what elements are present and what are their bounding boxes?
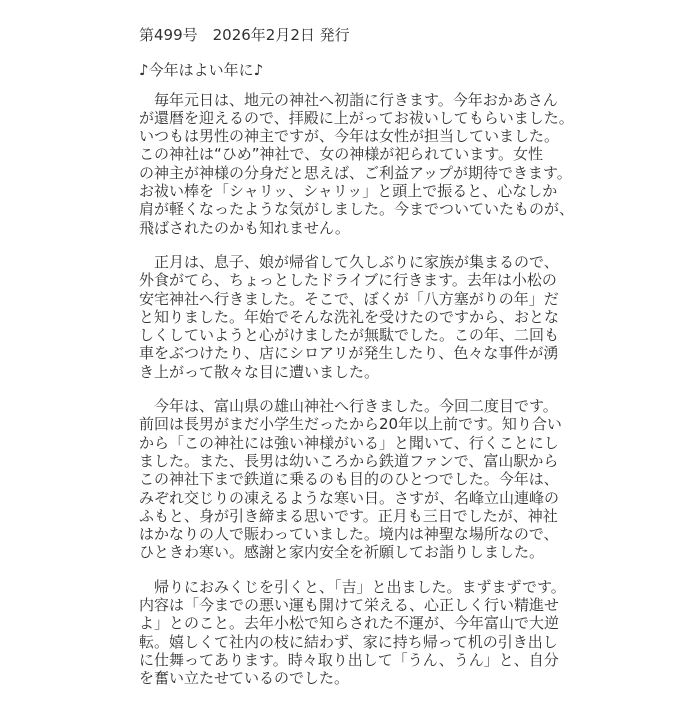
article-title: ♪今年はよい年に♪	[139, 61, 580, 79]
newsletter-page: 第499号 2026年2月2日 発行 ♪今年はよい年に♪ 毎年元日は、地元の神社…	[0, 0, 700, 720]
paragraph-shogatsu-drive: 正月は、息子、娘が帰省して久しぶりに家族が集まるので、 外食がてら、ちょっとした…	[139, 253, 580, 381]
issue-header: 第499号 2026年2月2日 発行	[139, 26, 580, 44]
paragraph-oyama-jinja: 今年は、富山県の雄山神社へ行きました。今回二度目です。 前回は長男がまだ小学生だ…	[139, 397, 580, 562]
paragraph-hatsumode: 毎年元日は、地元の神社へ初詣に行きます。今年おかあさん が還暦を迎えるので、拝殿…	[139, 91, 580, 237]
paragraph-omikuji: 帰りにおみくじを引くと、「吉」と出ました。まずまずです。 内容は「今までの悪い運…	[139, 578, 580, 688]
